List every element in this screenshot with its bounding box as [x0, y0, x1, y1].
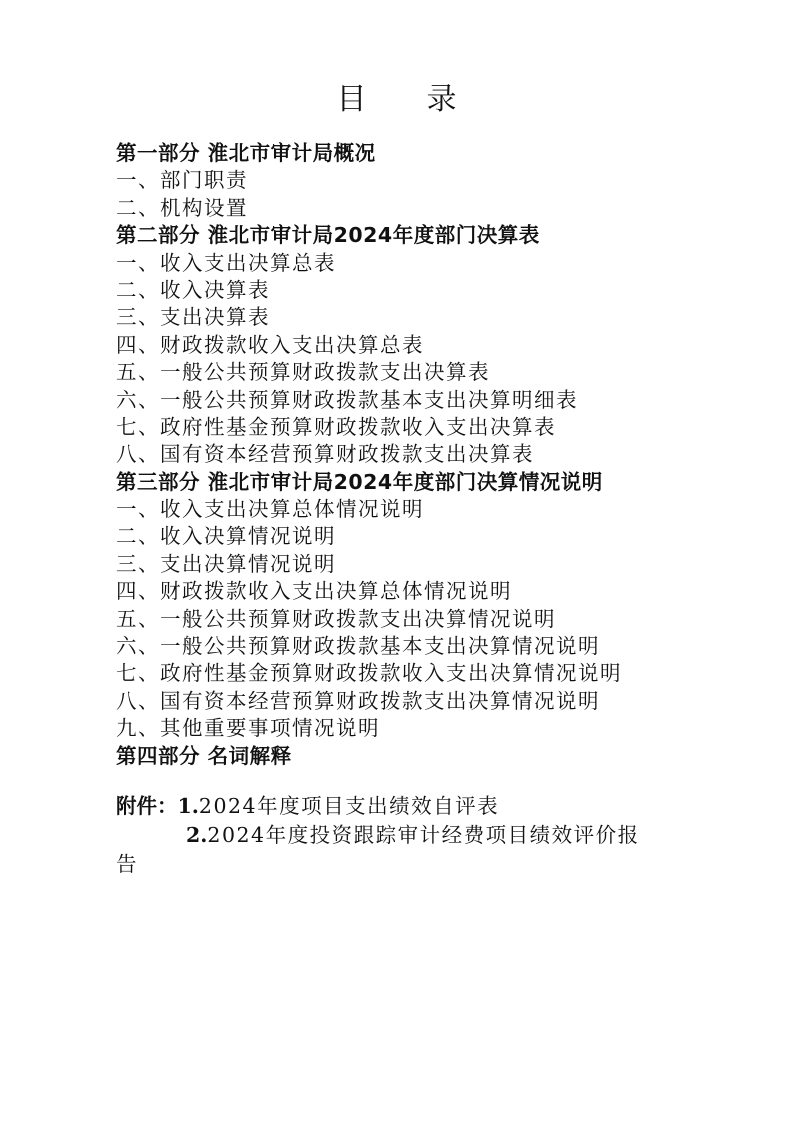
annex-item-1: 附件：1.2024年度项目支出绩效自评表 [116, 792, 696, 821]
toc-item: 七、政府性基金预算财政拨款收入支出决算情况说明 [116, 660, 696, 687]
table-of-contents: 第一部分 淮北市审计局概况 一、部门职责 二、机构设置 第二部分 淮北市审计局2… [116, 140, 696, 770]
toc-item: 九、其他重要事项情况说明 [116, 715, 696, 742]
annex-item-2: 2.2024年度投资跟踪审计经费项目绩效评价报 [116, 821, 696, 850]
toc-item: 一、收入支出决算总体情况说明 [116, 496, 696, 523]
toc-item: 五、一般公共预算财政拨款支出决算表 [116, 359, 696, 386]
toc-item: 二、收入决算情况说明 [116, 523, 696, 550]
toc-item: 一、收入支出决算总表 [116, 250, 696, 277]
toc-item: 三、支出决算表 [116, 304, 696, 331]
toc-item: 二、机构设置 [116, 195, 696, 222]
toc-item: 七、政府性基金预算财政拨款收入支出决算表 [116, 414, 696, 441]
toc-item: 三、支出决算情况说明 [116, 551, 696, 578]
toc-item: 八、国有资本经营预算财政拨款支出决算情况说明 [116, 688, 696, 715]
toc-item: 六、一般公共预算财政拨款基本支出决算情况说明 [116, 633, 696, 660]
toc-item: 八、国有资本经营预算财政拨款支出决算表 [116, 441, 696, 468]
annex-list: 附件：1.2024年度项目支出绩效自评表 2.2024年度投资跟踪审计经费项目绩… [116, 792, 696, 879]
toc-item: 一、部门职责 [116, 167, 696, 194]
annex-number: 2. [186, 823, 207, 847]
annex-text: 2024年度投资跟踪审计经费项目绩效评价报 [207, 823, 639, 847]
toc-item: 四、财政拨款收入支出决算总表 [116, 332, 696, 359]
toc-item: 二、收入决算表 [116, 277, 696, 304]
annex-number: 1. [178, 794, 199, 818]
toc-item: 四、财政拨款收入支出决算总体情况说明 [116, 578, 696, 605]
toc-part-4: 第四部分 名词解释 [116, 743, 696, 770]
toc-part-2: 第二部分 淮北市审计局2024年度部门决算表 [116, 222, 696, 249]
annex-item-2-wrap: 告 [116, 850, 696, 879]
page-title: 目录 [0, 80, 793, 120]
toc-item: 六、一般公共预算财政拨款基本支出决算明细表 [116, 387, 696, 414]
toc-item: 五、一般公共预算财政拨款支出决算情况说明 [116, 606, 696, 633]
toc-part-1: 第一部分 淮北市审计局概况 [116, 140, 696, 167]
annex-label: 附件： [116, 794, 178, 818]
toc-part-3: 第三部分 淮北市审计局2024年度部门决算情况说明 [116, 469, 696, 496]
annex-text: 2024年度项目支出绩效自评表 [199, 794, 499, 818]
